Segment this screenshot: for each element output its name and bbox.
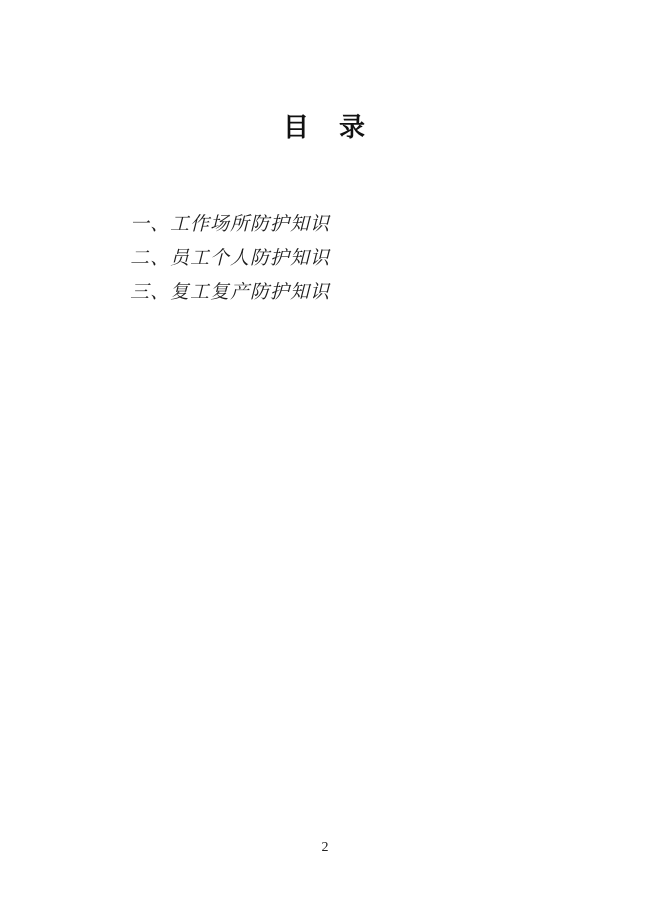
toc-entry-3: 三、复工复产防护知识 [130, 276, 590, 310]
document-page: 目 录 一、工作场所防护知识 二、员工个人防护知识 三、复工复产防护知识 2 [0, 0, 650, 919]
page-number: 2 [0, 840, 650, 856]
page-title: 目 录 [0, 112, 650, 144]
table-of-contents: 一、工作场所防护知识 二、员工个人防护知识 三、复工复产防护知识 [130, 208, 590, 310]
toc-entry-2: 二、员工个人防护知识 [130, 242, 590, 276]
toc-entry-1: 一、工作场所防护知识 [130, 208, 590, 242]
